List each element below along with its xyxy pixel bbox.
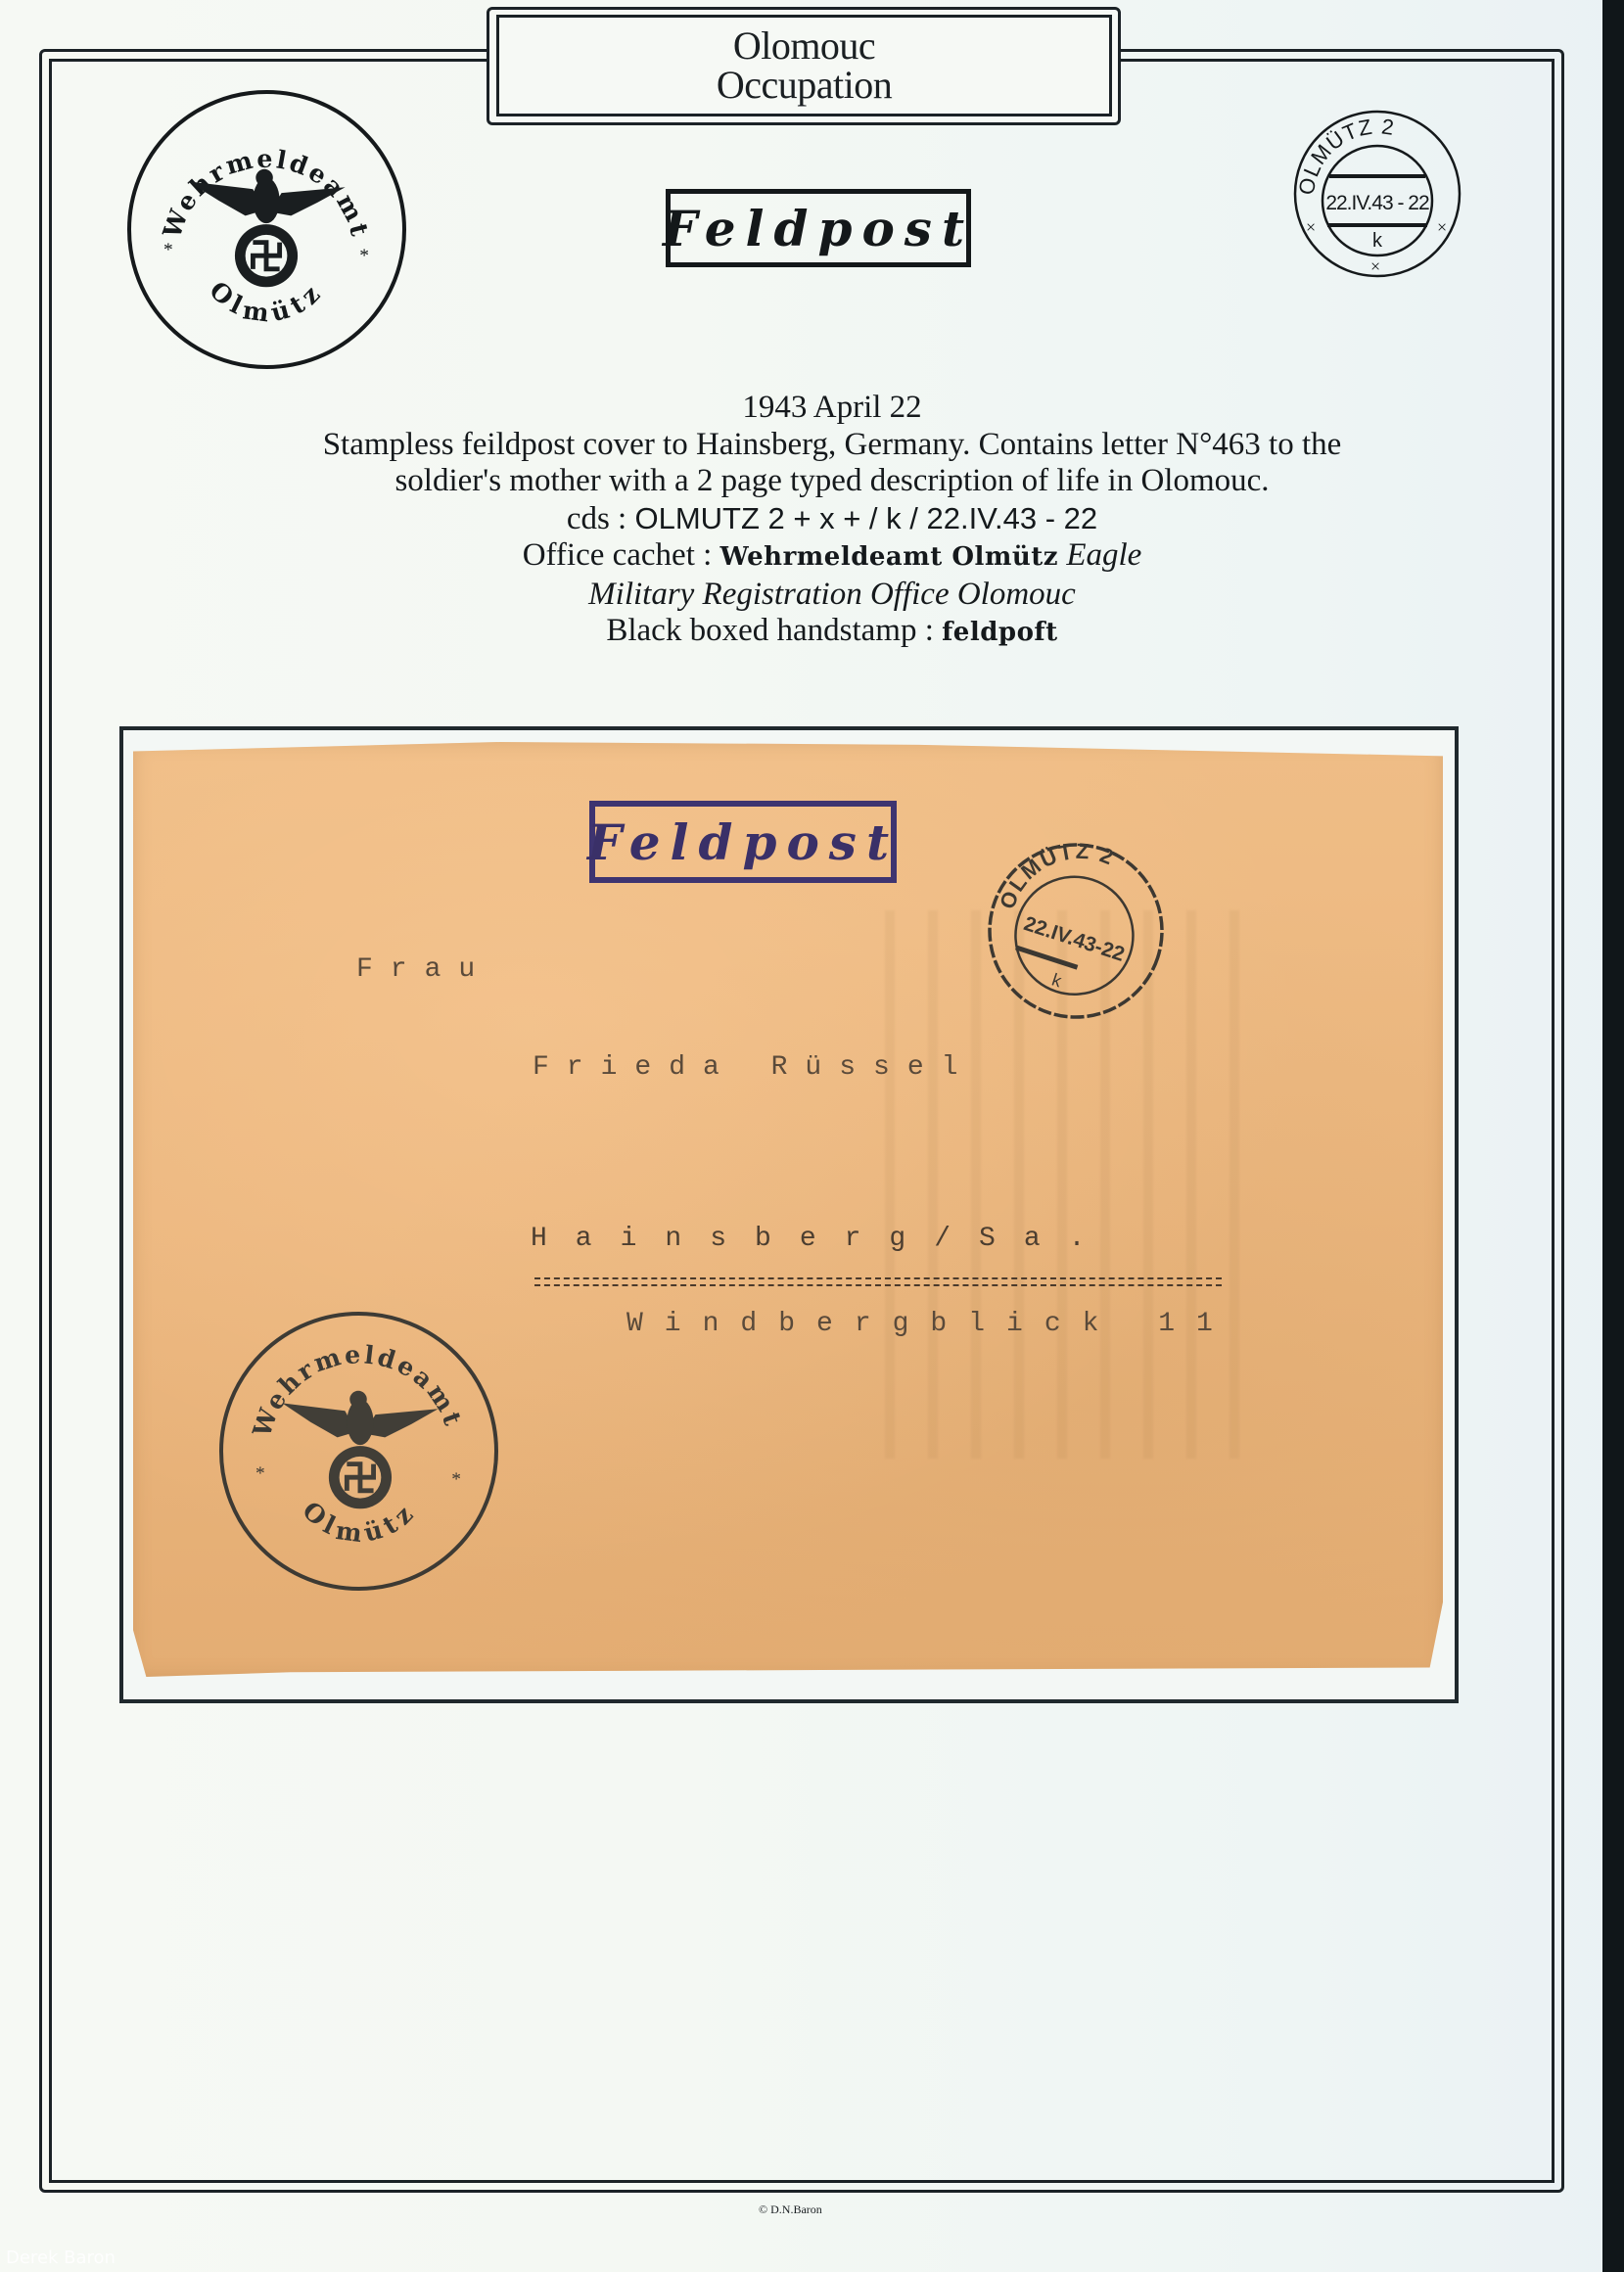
feldpost-text: Feldpost xyxy=(663,200,974,257)
cachet-suffix: Eagle xyxy=(1058,537,1141,573)
watermark: Derek Baron xyxy=(6,2248,116,2268)
page-subtitle: Occupation xyxy=(717,66,892,105)
cachet-value: Wehrmeldeamt Olmütz xyxy=(720,542,1059,572)
copyright: © D.N.Baron xyxy=(759,2202,822,2217)
page-title: Olomouc xyxy=(733,26,875,66)
address-city: Hainsberg/Sa. xyxy=(531,1224,1113,1254)
scan-edge xyxy=(1602,0,1624,2272)
svg-text:×: × xyxy=(1306,217,1316,237)
envelope-office-cachet: Wehrmeldeamt Olmütz * * xyxy=(219,1312,498,1591)
postmark-icon: OLMÜTZ 2 22.IV.43-22 k xyxy=(983,838,1169,1024)
cds-label: cds : xyxy=(567,501,635,536)
svg-text:22.IV.43 - 22: 22.IV.43 - 22 xyxy=(1325,192,1429,214)
cds-illustration: OLMÜTZ 2 22.IV.43 - 22 k × × × xyxy=(1292,108,1463,279)
cachet-translation: Military Registration Office Olomouc xyxy=(147,577,1517,614)
cds-line: cds : OLMUTZ 2 + x + / k / 22.IV.43 - 22 xyxy=(147,500,1517,538)
svg-text:×: × xyxy=(1370,256,1380,276)
svg-text:*: * xyxy=(451,1469,461,1490)
address-underline xyxy=(534,1277,1222,1286)
cachet-label: Office cachet : xyxy=(523,537,720,573)
cover-date: 1943 April 22 xyxy=(147,390,1517,427)
address-street: Windbergblick 11 xyxy=(626,1309,1234,1339)
handstamp-line: Black boxed handstamp : feldpoft xyxy=(147,613,1517,652)
description: 1943 April 22 Stampless feildpost cover … xyxy=(147,390,1517,652)
cds-value: OLMUTZ 2 + x + / k / 22.IV.43 - 22 xyxy=(634,501,1097,535)
handstamp-value: feldpoft xyxy=(942,618,1058,647)
cachet-line: Office cachet : Wehrmeldeamt Olmütz Eagl… xyxy=(147,537,1517,577)
svg-text:22.IV.43-22: 22.IV.43-22 xyxy=(1021,912,1128,966)
envelope-feldpost-handstamp: Feldpost xyxy=(589,801,897,883)
svg-text:*: * xyxy=(359,246,369,266)
envelope-feldpost-text: Feldpost xyxy=(587,813,899,871)
eagle-icon: Wehrmeldeamt Olmütz * * xyxy=(223,1316,494,1587)
address-name: Frieda Rüssel xyxy=(533,1052,975,1083)
svg-text:k: k xyxy=(1372,230,1383,252)
description-line-2: soldier's mother with a 2 page typed des… xyxy=(147,463,1517,500)
svg-text:*: * xyxy=(163,240,173,260)
title-box-inner: Olomouc Occupation xyxy=(496,15,1112,116)
svg-text:*: * xyxy=(255,1463,265,1484)
postmark-icon: OLMÜTZ 2 22.IV.43 - 22 k × × × xyxy=(1292,108,1463,279)
svg-text:k: k xyxy=(1049,970,1065,992)
office-cachet-illustration: Wehrmeldeamt Olmütz * * xyxy=(127,90,406,369)
feldpost-handstamp-illustration: Feldpost xyxy=(666,189,971,267)
handstamp-label: Black boxed handstamp : xyxy=(606,613,942,648)
description-line-1: Stampless feildpost cover to Hainsberg, … xyxy=(147,427,1517,464)
svg-text:×: × xyxy=(1437,217,1447,237)
address-salutation: Frau xyxy=(356,954,492,985)
eagle-icon: Wehrmeldeamt Olmütz * * xyxy=(131,94,402,365)
envelope-postmark: OLMÜTZ 2 22.IV.43-22 k xyxy=(983,838,1169,1024)
